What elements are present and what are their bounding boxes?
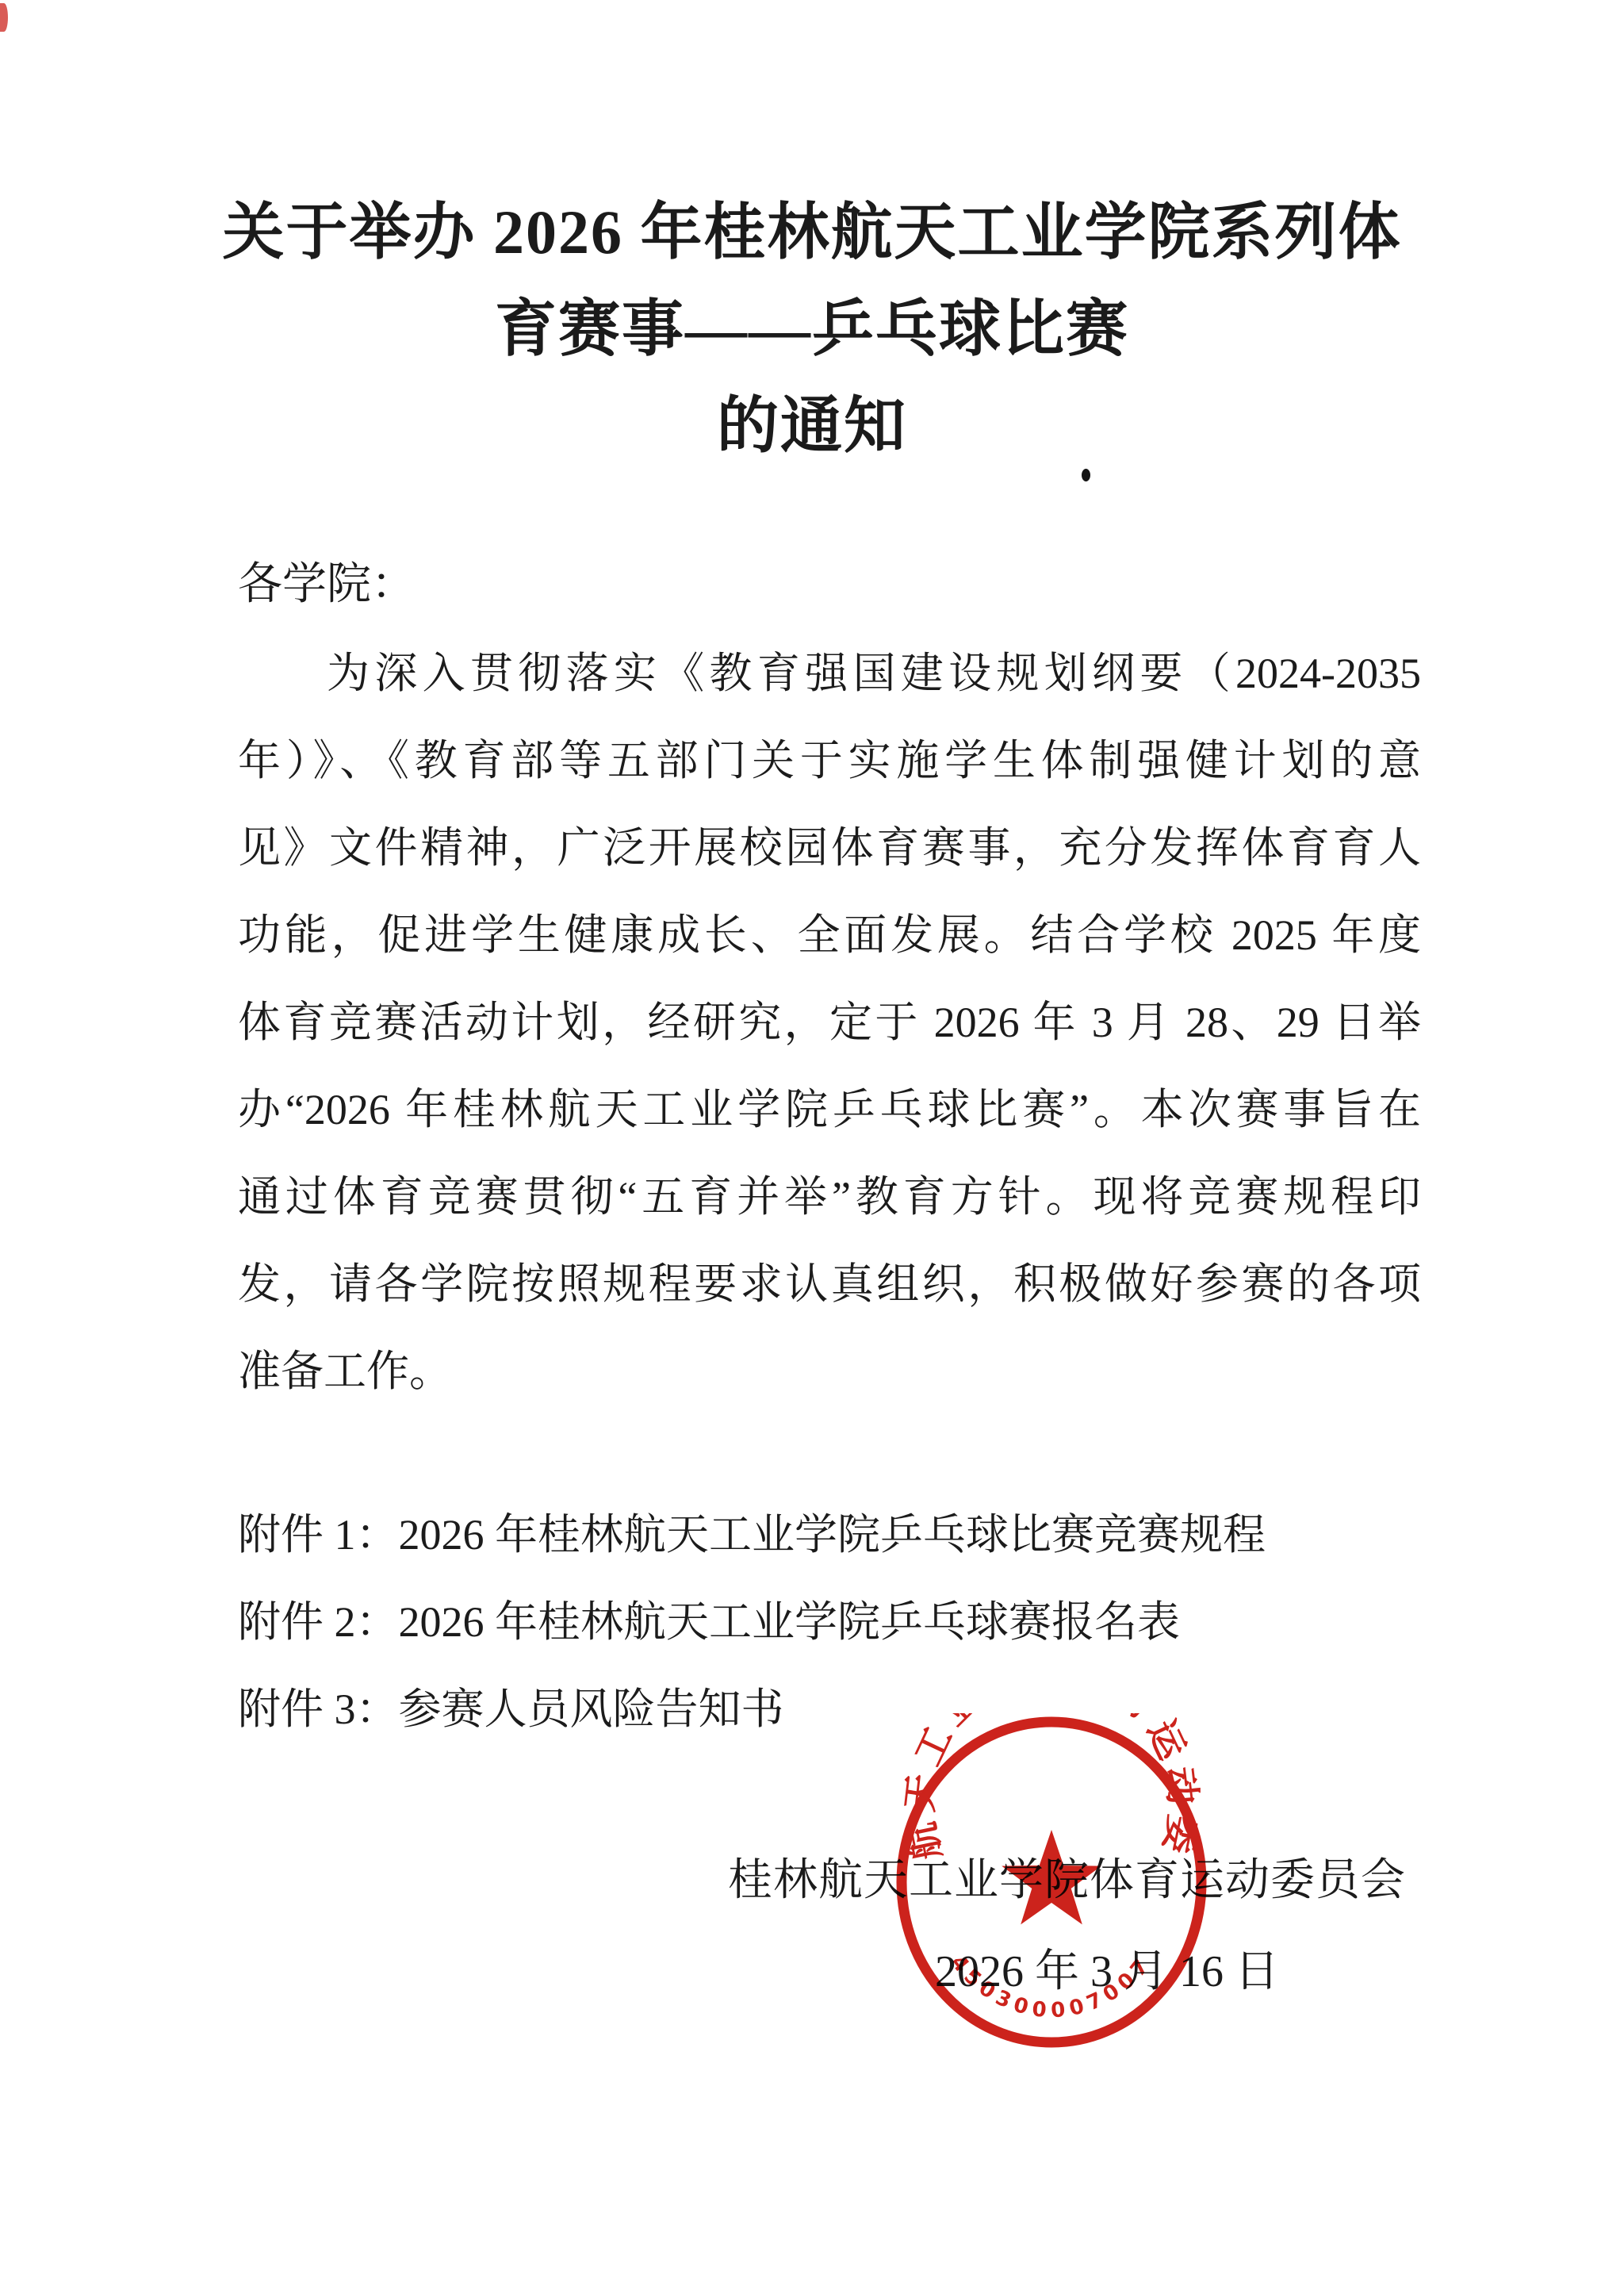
title-line-1: 关于举办 2026 年桂林航天工业学院系列体	[0, 184, 1624, 281]
attachment-item-1: 附件 1：2026 年桂林航天工业学院乒乓球比赛竞赛规程	[238, 1491, 1266, 1578]
body-line: 年）》、《教育部等五部门关于实施学生体制强健计划的意	[238, 717, 1421, 804]
body-line: 为深入贯彻落实《教育强国建设规划纲要（2024-2035	[238, 630, 1421, 717]
title-line-2: 育赛事——乒乓球比赛	[0, 281, 1624, 378]
body-line: 发，请各学院按照规程要求认真组织，积极做好参赛的各项	[238, 1240, 1421, 1328]
title-line-3: 的通知	[0, 378, 1624, 474]
document-page: 关于举办 2026 年桂林航天工业学院系列体 育赛事——乒乓球比赛 的通知 各学…	[0, 0, 1624, 2293]
red-ink-smudge	[0, 3, 8, 32]
body-line: 通过体育竞赛贯彻“五育并举”教育方针。现将竞赛规程印	[238, 1153, 1421, 1240]
notice-title: 关于举办 2026 年桂林航天工业学院系列体 育赛事——乒乓球比赛 的通知	[0, 184, 1624, 474]
attachment-item-2: 附件 2：2026 年桂林航天工业学院乒乓球赛报名表	[238, 1578, 1266, 1666]
body-line: 见》文件精神，广泛开展校园体育赛事，充分发挥体育育人	[238, 804, 1421, 892]
star-icon	[1002, 1830, 1101, 1924]
body-line: 办“2026 年桂林航天工业学院乒乓球比赛”。本次赛事旨在	[238, 1066, 1421, 1153]
official-seal: 桂林航天工业学院体育运动委员会 450300007007	[893, 1713, 1210, 2051]
body-line: 准备工作。	[238, 1328, 1421, 1415]
body-line: 体育竞赛活动计划，经研究，定于 2026 年 3 月 28、29 日举	[238, 979, 1421, 1066]
body-line: 功能，促进学生健康成长、全面发展。结合学校 2025 年度	[238, 892, 1421, 979]
body-paragraph: 为深入贯彻落实《教育强国建设规划纲要（2024-2035 年）》、《教育部等五部…	[238, 630, 1421, 1415]
seal-serial-number: 450300007007	[946, 1951, 1157, 2023]
stray-ink-dot	[1082, 469, 1090, 481]
salutation: 各学院：	[238, 560, 416, 609]
